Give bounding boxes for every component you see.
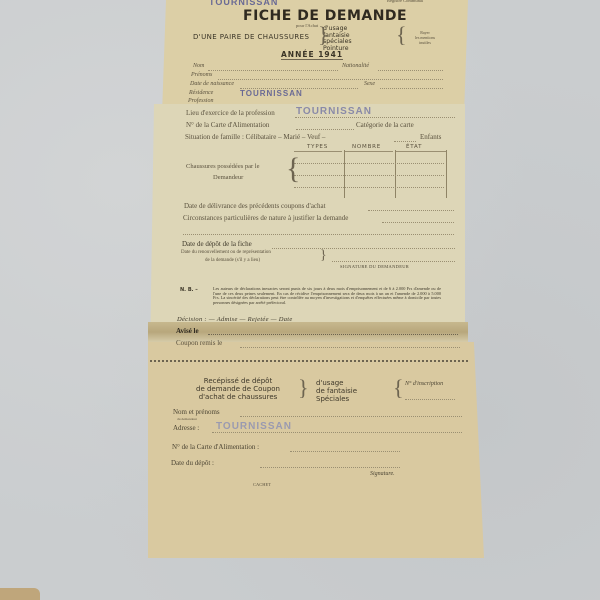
label-residence: Résidence: [189, 90, 213, 96]
col-rule-types: [294, 151, 342, 152]
label-avise-le: Avisé le: [176, 327, 199, 335]
receipt-title: Recépissé de dépôt de demande de Coupon …: [183, 377, 293, 401]
label-signature-demandeur: SIGNATURE DU DEMANDEUR: [340, 264, 409, 269]
label-nationalite: Nationalité: [342, 63, 369, 69]
col-rule-nombre: [345, 151, 393, 152]
label-coupon-remis: Coupon remis le: [176, 339, 222, 347]
shoes-row-2[interactable]: [294, 175, 444, 176]
label-signature: Signature.: [370, 471, 395, 477]
label-carte-receipt: N° de la Carte d'Alimentation :: [172, 443, 259, 451]
field-circonstances-2[interactable]: [183, 234, 454, 235]
label-date-delivrance: Date de délivrance des précédents coupon…: [184, 202, 326, 210]
field-nom-prenoms[interactable]: [240, 416, 462, 417]
field-date-delivrance[interactable]: [368, 210, 454, 211]
field-renouvellement[interactable]: [332, 261, 455, 262]
col-types: TYPES: [307, 144, 328, 150]
field-carte-receipt[interactable]: [290, 451, 400, 452]
nb-warning-text: Les auteurs de déclarations inexactes se…: [213, 287, 441, 305]
nb-label: N. B. –: [180, 287, 198, 293]
receipt-usage: d'usage de fantaisie Spéciales: [316, 379, 357, 403]
brace-receipt-right: {: [393, 377, 404, 399]
field-prenoms[interactable]: [218, 79, 443, 80]
field-coupon-remis[interactable]: [240, 347, 460, 348]
field-date-depot-fiche[interactable]: [272, 248, 455, 249]
label-nom: Nom: [193, 63, 204, 69]
label-carte-alimentation: N° de la Carte d'Alimentation: [186, 121, 269, 129]
label-cachet: CACHET: [253, 482, 271, 487]
label-date-depot-fiche: Date de dépôt de la fiche: [182, 240, 252, 248]
field-adresse[interactable]: [212, 432, 462, 433]
label-prenoms: Prénoms: [191, 72, 212, 78]
brace-shoes: {: [286, 154, 300, 184]
label-adresse: Adresse :: [173, 424, 199, 432]
col-rule-etat: [396, 151, 446, 152]
paper-scrap: [0, 588, 40, 600]
col-divider-1: [344, 150, 345, 198]
shoes-row-1[interactable]: [294, 163, 444, 164]
label-nom-prenoms: Nom et prénoms: [173, 408, 220, 416]
label-categorie-carte: Catégorie de la carte: [356, 121, 414, 129]
label-date-depot: Date du dépôt :: [171, 459, 214, 467]
brace-right: {: [396, 24, 407, 46]
label-sexe: Sexe: [364, 81, 375, 87]
label-situation-famille: Situation de famille : Célibataire – Mar…: [185, 133, 325, 141]
brace-receipt-left: }: [298, 377, 309, 399]
field-date-depot[interactable]: [260, 467, 400, 468]
label-lieu-exercice: Lieu d'exercice de la profession: [186, 109, 275, 117]
col-divider-2: [395, 150, 396, 198]
label-circonstances: Circonstances particulières de nature à …: [183, 214, 348, 222]
field-circonstances[interactable]: [382, 222, 454, 223]
label-renouvellement-2: de la demande (s'il y a lieu): [205, 258, 260, 263]
residence-stamp: TOURNISSAN: [240, 89, 303, 98]
side-note: Rayer les mentions inutiles: [410, 30, 440, 45]
field-carte-alimentation[interactable]: [296, 129, 354, 130]
label-profession: Profession: [188, 98, 213, 104]
pair-line: D'UNE PAIRE DE CHAUSSURES: [193, 33, 309, 41]
field-enfants-count[interactable]: [394, 141, 416, 142]
form-subtitle: pour l'Achat: [296, 23, 318, 28]
label-date-naissance: Date de naissance: [190, 81, 234, 87]
commune-stamp-top: TOURNISSAN: [209, 0, 278, 7]
shoes-row-3[interactable]: [294, 187, 444, 188]
label-inscription: N° d'inscription: [405, 381, 443, 387]
field-sexe[interactable]: [380, 88, 443, 89]
perforation-line[interactable]: [150, 360, 468, 362]
col-etat: ÉTAT: [406, 144, 422, 150]
lieu-exercice-stamp: TOURNISSAN: [296, 106, 372, 117]
adresse-stamp: TOURNISSAN: [216, 421, 292, 432]
shoes-row-label-2: Demandeur: [213, 174, 243, 181]
brace-renouvellement: }: [320, 249, 327, 263]
field-nationalite[interactable]: [378, 70, 443, 71]
year-label: ANNÉE 1941: [281, 50, 343, 60]
field-lieu-exercice[interactable]: [295, 117, 455, 118]
label-enfants: Enfants: [420, 133, 441, 141]
field-avise-le[interactable]: [208, 334, 458, 335]
col-nombre: NOMBRE: [352, 144, 381, 150]
label-du-demandeur: du demandeur: [177, 417, 197, 421]
field-nom[interactable]: [208, 70, 338, 71]
header-right-note: Registre Communal: [387, 0, 423, 3]
shoes-row-label-1: Chaussures possédées par le: [186, 163, 259, 170]
label-renouvellement-1: Date du renouvellement ou de représentat…: [181, 250, 271, 255]
field-inscription[interactable]: [405, 399, 455, 400]
col-divider-3: [446, 150, 447, 198]
brace-left: }: [318, 24, 329, 46]
